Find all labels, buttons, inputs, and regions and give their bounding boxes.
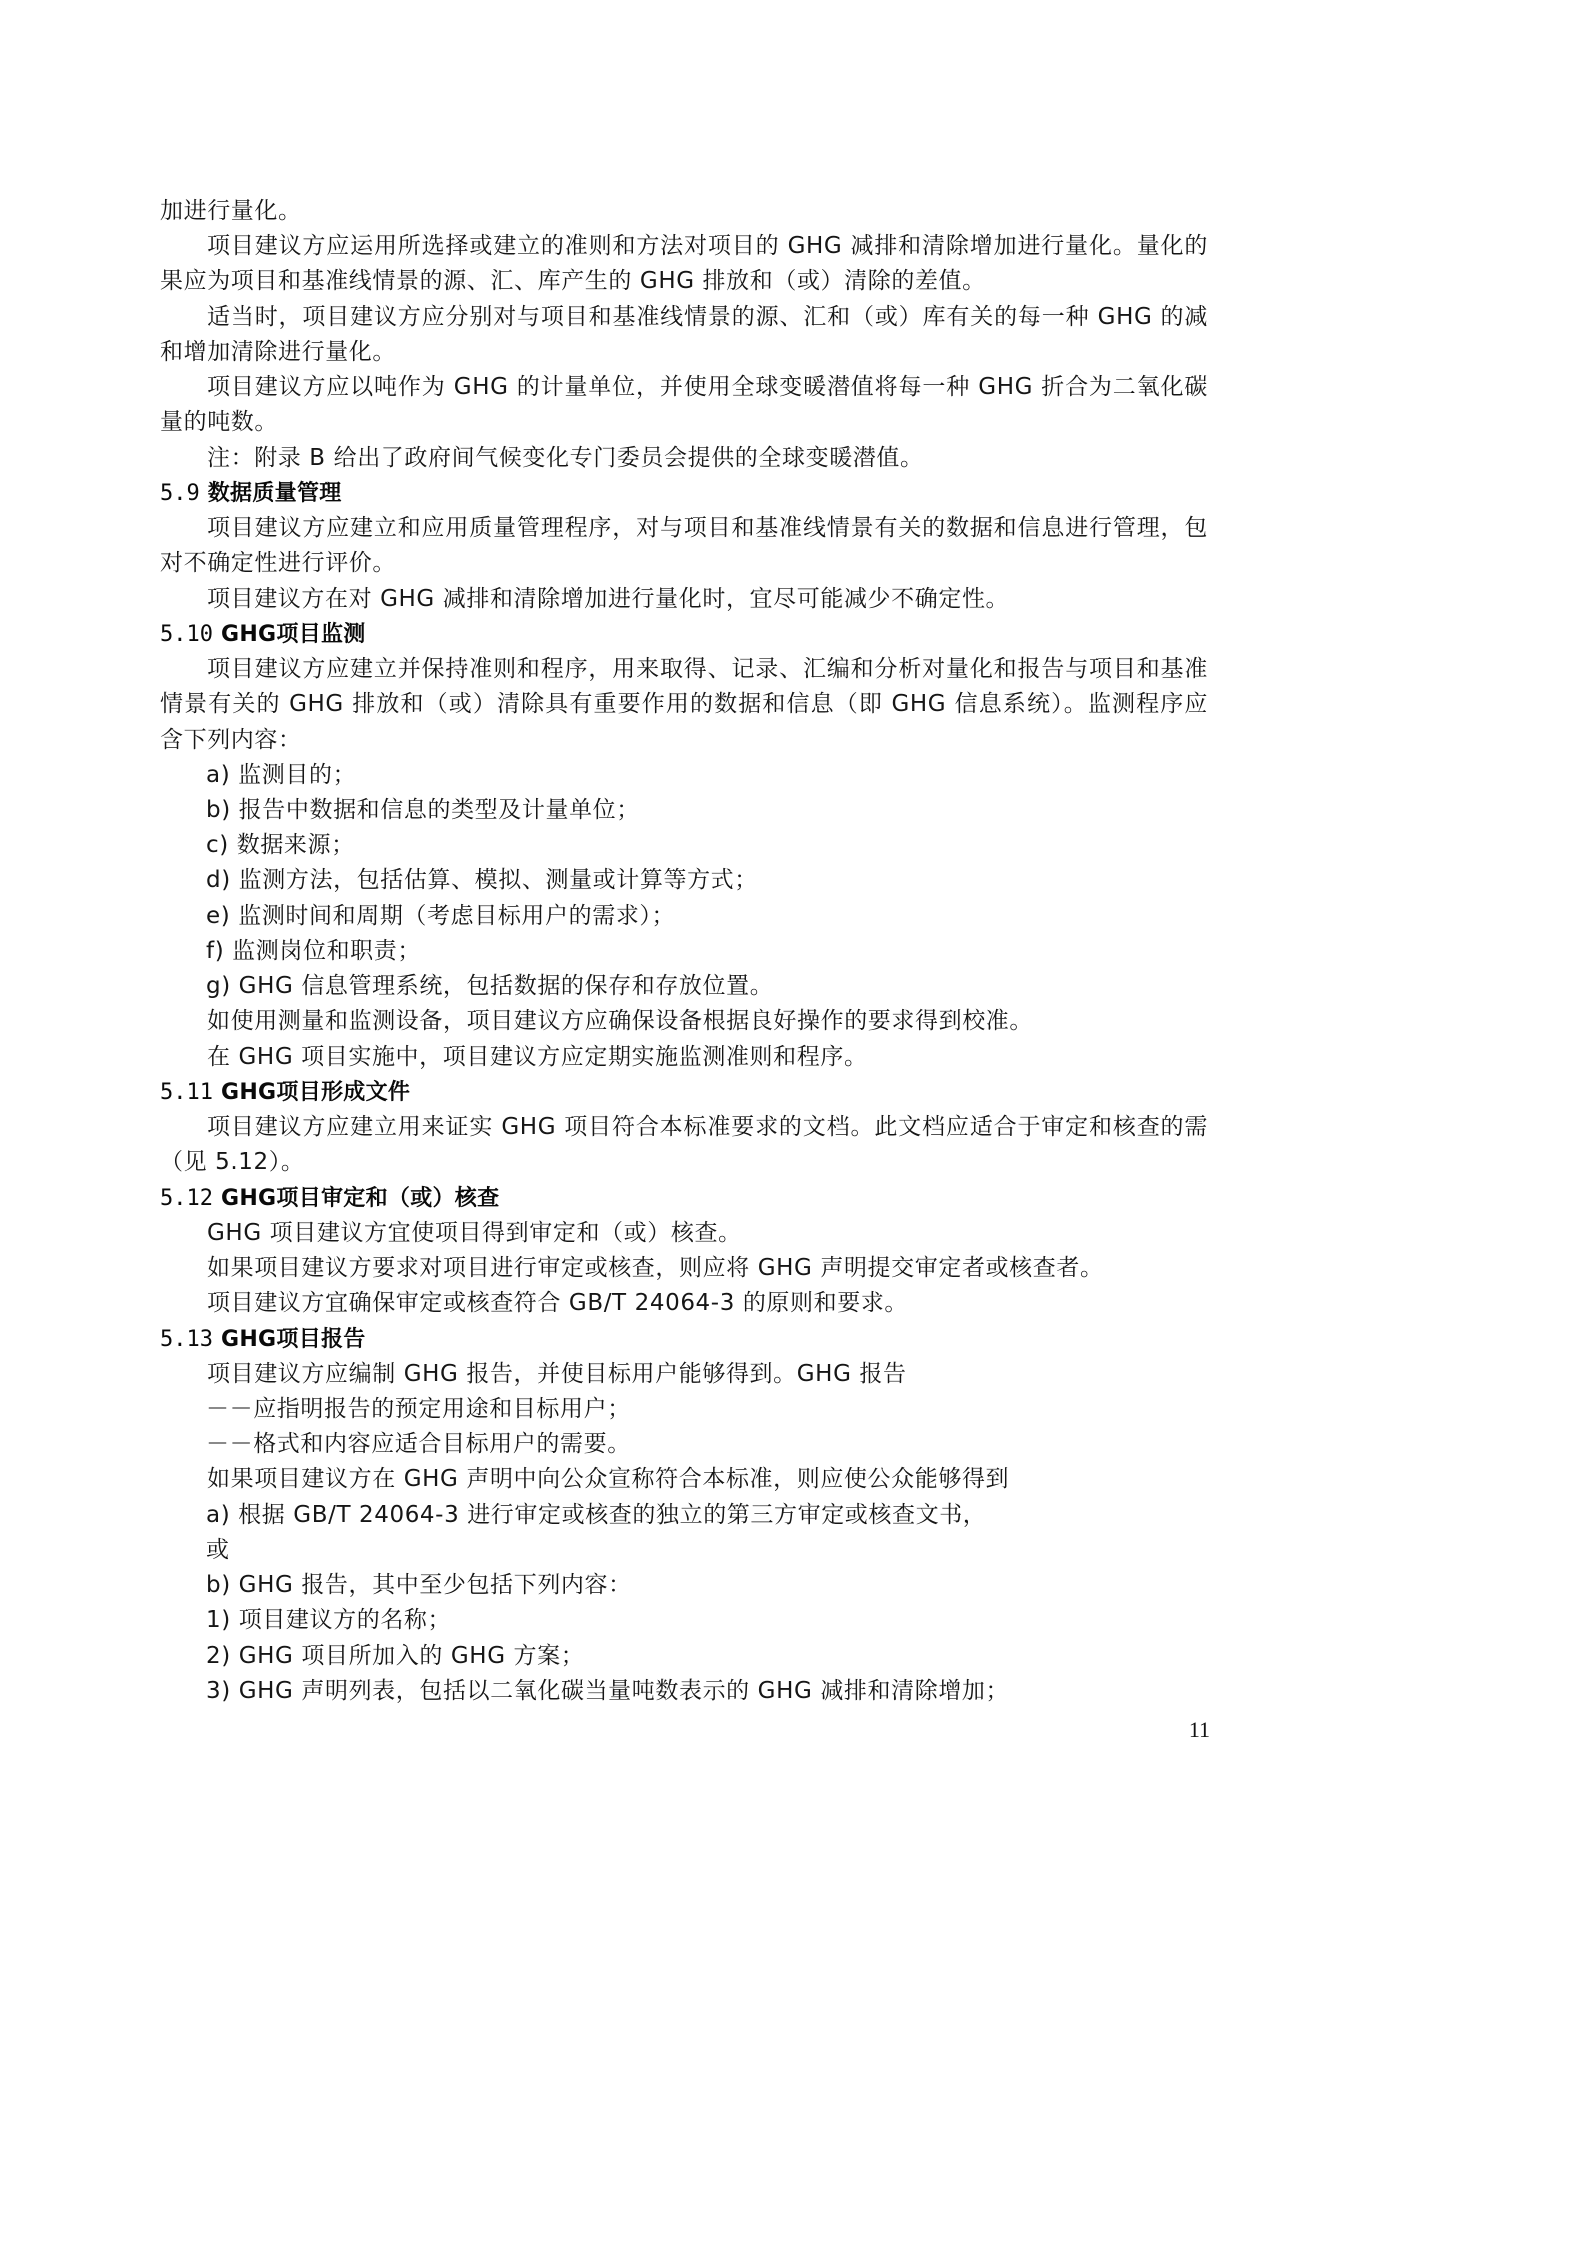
section-heading-5-13: 5.13GHG项目报告 [160, 1322, 1208, 1357]
paragraph-line: 项目建议方在对 GHG 减排和清除增加进行量化时，宜尽可能减少不确定性。 [160, 582, 1208, 617]
section-title: GHG项目报告 [221, 1327, 366, 1352]
sub-list-item: 1) 项目建议方的名称； [160, 1603, 1208, 1638]
list-item: b) 报告中数据和信息的类型及计量单位； [160, 793, 1208, 828]
section-heading-5-11: 5.11GHG项目形成文件 [160, 1075, 1208, 1110]
paragraph-line: 情景有关的 GHG 排放和（或）清除具有重要作用的数据和信息（即 GHG 信息系… [160, 687, 1208, 722]
paragraph-line: （见 5.12）。 [160, 1145, 1208, 1180]
list-item: a) 监测目的； [160, 758, 1208, 793]
section-heading-5-12: 5.12GHG项目审定和（或）核查 [160, 1181, 1208, 1216]
paragraph-line: 如果项目建议方在 GHG 声明中向公众宣称符合本标准，则应使公众能够得到 [160, 1462, 1208, 1497]
list-item: c) 数据来源； [160, 828, 1208, 863]
paragraph-line: 如使用测量和监测设备，项目建议方应确保设备根据良好操作的要求得到校准。 [160, 1004, 1208, 1039]
section-title: GHG项目审定和（或）核查 [221, 1186, 499, 1211]
dash-list-item: －－格式和内容应适合目标用户的需要。 [160, 1427, 1208, 1462]
page-number: 11 [1150, 1717, 1210, 1743]
section-number: 5.11 [160, 1080, 213, 1105]
list-item: f) 监测岗位和职责； [160, 934, 1208, 969]
list-connector: 或 [160, 1533, 1208, 1568]
section-number: 5.10 [160, 622, 213, 647]
sub-list-item: 3) GHG 声明列表，包括以二氧化碳当量吨数表示的 GHG 减排和清除增加； [160, 1674, 1208, 1709]
paragraph-line: 果应为项目和基准线情景的源、汇、库产生的 GHG 排放和（或）清除的差值。 [160, 264, 1208, 299]
list-item: d) 监测方法，包括估算、模拟、测量或计算等方式； [160, 863, 1208, 898]
note-line: 注：附录 B 给出了政府间气候变化专门委员会提供的全球变暖潜值。 [160, 441, 1208, 476]
paragraph-line: GHG 项目建议方宜使项目得到审定和（或）核查。 [160, 1216, 1208, 1251]
section-heading-5-9: 5.9数据质量管理 [160, 476, 1208, 511]
paragraph-line: 项目建议方应建立并保持准则和程序，用来取得、记录、汇编和分析对量化和报告与项目和… [160, 652, 1208, 687]
list-item: a) 根据 GB/T 24064-3 进行审定或核查的独立的第三方审定或核查文书… [160, 1498, 1208, 1533]
paragraph-line: 适当时，项目建议方应分别对与项目和基准线情景的源、汇和（或）库有关的每一种 GH… [160, 300, 1208, 335]
paragraph-line: 项目建议方应建立和应用质量管理程序，对与项目和基准线情景有关的数据和信息进行管理… [160, 511, 1208, 546]
paragraph-line: 在 GHG 项目实施中，项目建议方应定期实施监测准则和程序。 [160, 1040, 1208, 1075]
sub-list-item: 2) GHG 项目所加入的 GHG 方案； [160, 1639, 1208, 1674]
paragraph-line: 量的吨数。 [160, 405, 1208, 440]
paragraph-line: 加进行量化。 [160, 194, 1208, 229]
paragraph-line: 如果项目建议方要求对项目进行审定或核查，则应将 GHG 声明提交审定者或核查者。 [160, 1251, 1208, 1286]
section-number: 5.9 [160, 481, 200, 506]
paragraph-line: 项目建议方应编制 GHG 报告，并使目标用户能够得到。GHG 报告 [160, 1357, 1208, 1392]
paragraph-line: 项目建议方应运用所选择或建立的准则和方法对项目的 GHG 减排和清除增加进行量化… [160, 229, 1208, 264]
document-page: 加进行量化。 项目建议方应运用所选择或建立的准则和方法对项目的 GHG 减排和清… [0, 0, 1587, 2245]
list-item: g) GHG 信息管理系统，包括数据的保存和存放位置。 [160, 969, 1208, 1004]
list-item: b) GHG 报告，其中至少包括下列内容： [160, 1568, 1208, 1603]
section-heading-5-10: 5.10GHG项目监测 [160, 617, 1208, 652]
paragraph-line: 项目建议方应以吨作为 GHG 的计量单位，并使用全球变暖潜值将每一种 GHG 折… [160, 370, 1208, 405]
document-body: 加进行量化。 项目建议方应运用所选择或建立的准则和方法对项目的 GHG 减排和清… [160, 194, 1208, 1709]
dash-list-item: －－应指明报告的预定用途和目标用户； [160, 1392, 1208, 1427]
list-item: e) 监测时间和周期（考虑目标用户的需求）； [160, 899, 1208, 934]
section-title: 数据质量管理 [208, 481, 342, 506]
section-number: 5.13 [160, 1327, 213, 1352]
section-title: GHG项目监测 [221, 622, 366, 647]
section-number: 5.12 [160, 1186, 213, 1211]
paragraph-line: 含下列内容： [160, 723, 1208, 758]
paragraph-line: 项目建议方宜确保审定或核查符合 GB/T 24064-3 的原则和要求。 [160, 1286, 1208, 1321]
paragraph-line: 项目建议方应建立用来证实 GHG 项目符合本标准要求的文档。此文档应适合于审定和… [160, 1110, 1208, 1145]
section-title: GHG项目形成文件 [221, 1080, 410, 1105]
paragraph-line: 和增加清除进行量化。 [160, 335, 1208, 370]
paragraph-line: 对不确定性进行评价。 [160, 546, 1208, 581]
